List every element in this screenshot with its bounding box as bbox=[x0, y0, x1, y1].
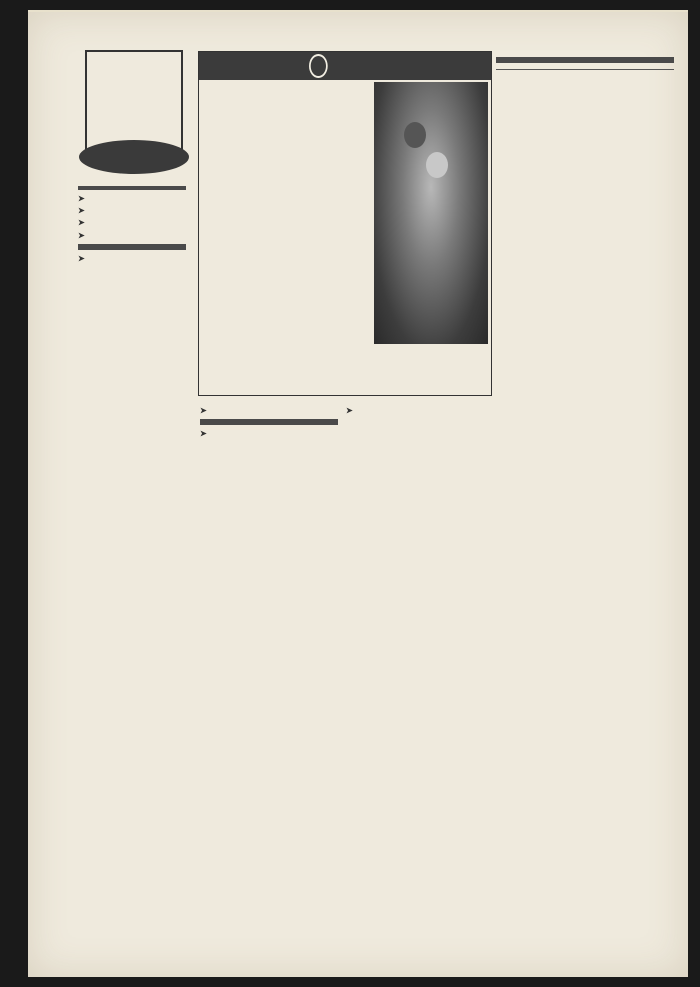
music-column: ➤ ➤ bbox=[200, 402, 338, 442]
theatre-dance-column: ➤ ➤ ➤ ➤ ➤ bbox=[78, 182, 186, 267]
arrow-icon: ➤ bbox=[78, 196, 85, 202]
theatre-section-header bbox=[78, 186, 186, 190]
arrow-icon: ➤ bbox=[78, 208, 85, 214]
time-out-arts-logo bbox=[85, 50, 183, 175]
just-announced-subhead: ➤ bbox=[200, 408, 338, 414]
just-announced-subhead: ➤ bbox=[78, 233, 186, 239]
upcoming-highlights-subhead: ➤ bbox=[346, 408, 476, 414]
photo-figure bbox=[426, 152, 448, 178]
arrow-icon: ➤ bbox=[200, 431, 207, 437]
straight-choices-header bbox=[199, 52, 491, 80]
ongoing-subhead: ➤ bbox=[78, 196, 186, 202]
this-week-subhead: ➤ bbox=[78, 256, 186, 262]
arrow-icon: ➤ bbox=[78, 220, 85, 226]
this-week-subhead: ➤ bbox=[200, 431, 338, 437]
straight-choices-title bbox=[309, 54, 329, 83]
title-initial bbox=[309, 54, 328, 78]
arrow-icon: ➤ bbox=[78, 233, 85, 239]
dance-section-header bbox=[78, 244, 186, 250]
straight-choices-box bbox=[198, 51, 492, 396]
arrow-icon: ➤ bbox=[78, 256, 85, 262]
upcoming-subhead: ➤ bbox=[78, 220, 186, 226]
arrow-icon: ➤ bbox=[346, 408, 353, 414]
openings-subhead: ➤ bbox=[78, 208, 186, 214]
music-continued-column: ➤ bbox=[346, 402, 476, 419]
galleries-column bbox=[496, 52, 674, 72]
performers-photo bbox=[374, 82, 488, 344]
photo-figure bbox=[404, 122, 426, 148]
see-next-page-link[interactable] bbox=[496, 69, 674, 72]
arrow-icon: ➤ bbox=[200, 408, 207, 414]
music-section-header bbox=[200, 419, 338, 425]
galleries-section-header bbox=[496, 57, 674, 63]
logo-arts-oval bbox=[79, 140, 189, 174]
page-header bbox=[50, 34, 54, 49]
